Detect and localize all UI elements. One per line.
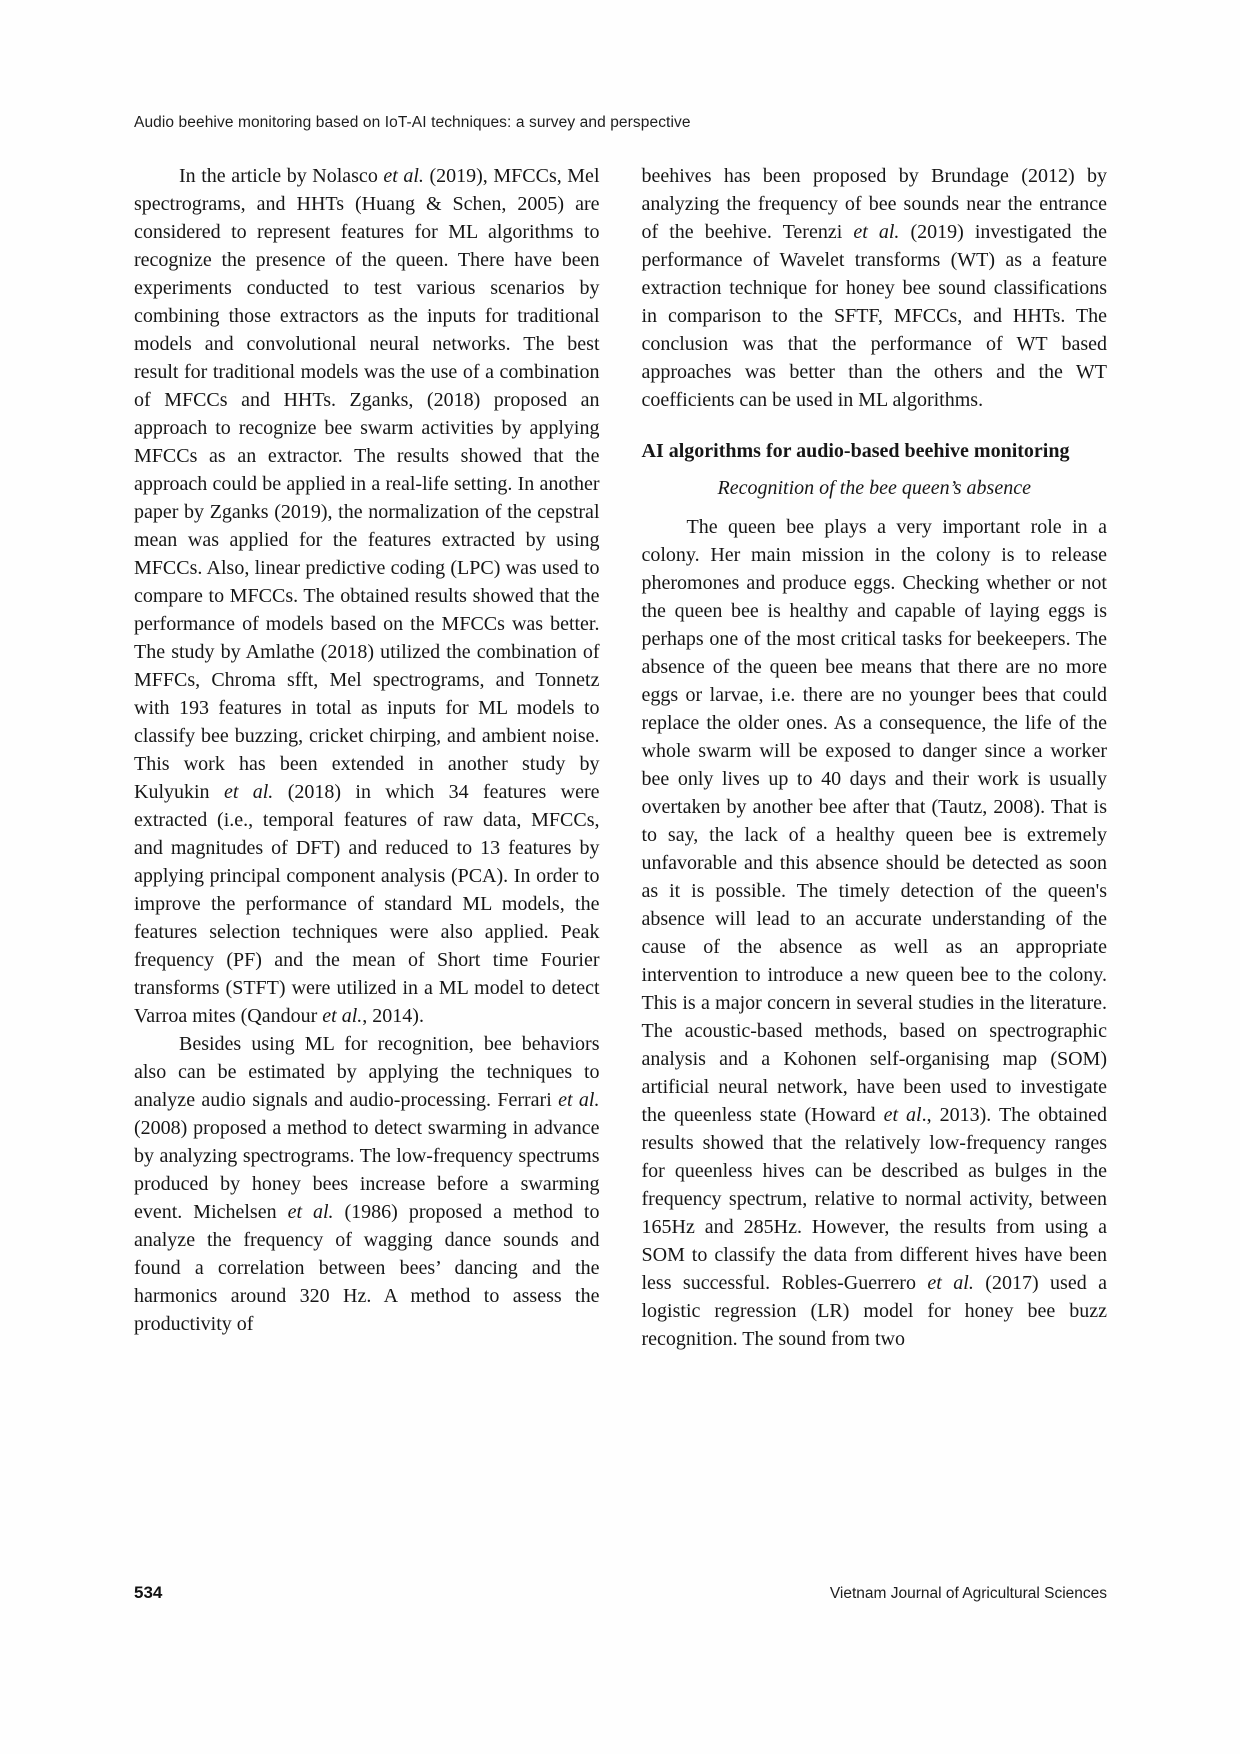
right-column: beehives has been proposed by Brundage (… [642, 162, 1108, 1353]
paragraph: In the article by Nolasco et al. (2019),… [134, 162, 600, 1030]
running-title: Audio beehive monitoring based on IoT-AI… [134, 114, 691, 131]
left-column: In the article by Nolasco et al. (2019),… [134, 162, 600, 1353]
paragraph: beehives has been proposed by Brundage (… [642, 162, 1108, 414]
page-number: 534 [134, 1583, 162, 1603]
paragraph: Besides using ML for recognition, bee be… [134, 1030, 600, 1338]
paragraph: The queen bee plays a very important rol… [642, 513, 1108, 1353]
running-header: Audio beehive monitoring based on IoT-AI… [134, 114, 1107, 132]
section-heading: AI algorithms for audio-based beehive mo… [642, 437, 1108, 465]
journal-name: Vietnam Journal of Agricultural Sciences [830, 1585, 1107, 1603]
article-body: In the article by Nolasco et al. (2019),… [134, 162, 1107, 1353]
page-footer: 534 Vietnam Journal of Agricultural Scie… [134, 1583, 1107, 1603]
subsection-heading: Recognition of the bee queen’s absence [642, 474, 1108, 502]
